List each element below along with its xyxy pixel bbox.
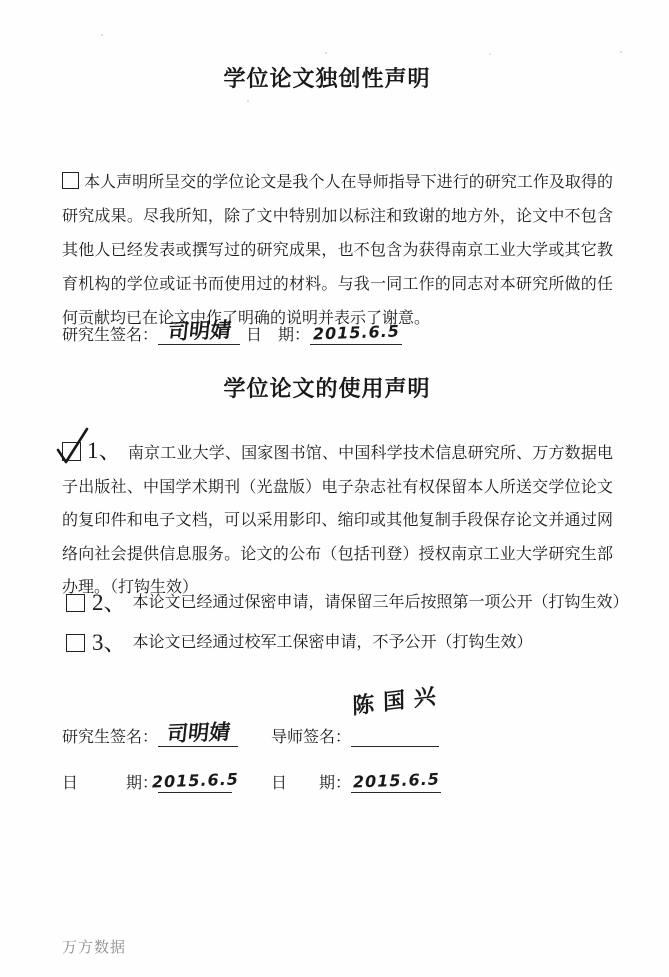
supervisor-signature-label: 导师签名： bbox=[271, 724, 351, 747]
scan-speckle bbox=[325, 52, 327, 54]
item-3-number: 3、 bbox=[92, 633, 127, 653]
usage-item-3: 3、 本论文已经通过校军工保密申请，不予公开（打钩生效） bbox=[66, 633, 646, 653]
student-signature-line: 司明婧 bbox=[158, 716, 238, 747]
option-3-checkbox[interactable] bbox=[66, 634, 85, 652]
wanfang-data-watermark: 万方数据 bbox=[62, 936, 126, 957]
declaration-paragraph: 本人声明所呈交的学位论文是我个人在导师指导下进行的研究工作及取得的研究成果。尽我… bbox=[62, 166, 613, 336]
declaration-title: 学位论文独创性声明 bbox=[0, 62, 654, 93]
supervisor-date-handwriting: 2015.6.5 bbox=[352, 771, 440, 793]
supervisor-date-line: 2015.6.5 bbox=[351, 762, 441, 793]
option-1-checkbox[interactable] bbox=[62, 442, 81, 461]
declaration-signature-row: 研究生签名： 司明婧 日 期： 2015.6.5 bbox=[62, 314, 402, 345]
scan-speckle bbox=[489, 53, 491, 55]
date-label: 日 期： bbox=[246, 322, 310, 345]
student-signature-label: 研究生签名： bbox=[62, 322, 158, 345]
scan-speckle bbox=[620, 51, 622, 53]
usage-title: 学位论文的使用声明 bbox=[0, 372, 654, 403]
supervisor-date-label: 日 期： bbox=[271, 770, 351, 793]
student-date-group: 日 期： 2015.6.5 bbox=[62, 762, 232, 793]
signature-names-row: 研究生签名： 司明婧 导师签名： bbox=[62, 716, 622, 747]
item-2-number: 2、 bbox=[92, 593, 127, 613]
item-1-number: 1、 bbox=[87, 438, 122, 463]
date-line: 2015.6.5 bbox=[310, 314, 402, 345]
student-date-label: 日 期： bbox=[62, 770, 158, 793]
declaration-body-text: 本人声明所呈交的学位论文是我个人在导师指导下进行的研究工作及取得的研究成果。尽我… bbox=[62, 174, 613, 327]
option-2-checkbox[interactable] bbox=[66, 594, 85, 612]
student-signature-group: 研究生签名： 司明婧 bbox=[62, 716, 238, 747]
item-2-text: 本论文已经通过保密申请，请保留三年后按照第一项公开（打钩生效） bbox=[133, 593, 629, 613]
date-handwriting: 2015.6.5 bbox=[312, 323, 400, 345]
scan-speckle bbox=[247, 100, 249, 102]
student-signature-label: 研究生签名： bbox=[62, 724, 158, 747]
student-signature-handwriting: 司明婧 bbox=[165, 722, 231, 747]
supervisor-signature-line bbox=[351, 716, 439, 747]
usage-item-1: 1、南京工业大学、国家图书馆、中国科学技术信息研究所、万方数据电子出版社、中国学… bbox=[62, 434, 613, 605]
student-signature-handwriting: 司明婧 bbox=[166, 320, 232, 345]
usage-item-2: 2、 本论文已经通过保密申请，请保留三年后按照第一项公开（打钩生效） bbox=[66, 593, 646, 613]
signature-dates-row: 日 期： 2015.6.5 日 期： 2015.6.5 bbox=[62, 762, 622, 793]
student-date-handwriting: 2015.6.5 bbox=[151, 771, 239, 793]
student-date-line: 2015.6.5 bbox=[158, 762, 232, 793]
supervisor-date-group: 日 期： 2015.6.5 bbox=[271, 762, 441, 793]
scan-speckle bbox=[101, 34, 103, 36]
scanned-thesis-declaration-page: 学位论文独创性声明 本人声明所呈交的学位论文是我个人在导师指导下进行的研究工作及… bbox=[0, 0, 669, 977]
item-3-text: 本论文已经通过校军工保密申请，不予公开（打钩生效） bbox=[133, 633, 533, 653]
item-1-text: 南京工业大学、国家图书馆、中国科学技术信息研究所、万方数据电子出版社、中国学术期… bbox=[62, 445, 613, 596]
supervisor-signature-group: 导师签名： bbox=[271, 716, 439, 747]
declaration-checkbox[interactable] bbox=[62, 172, 79, 189]
student-signature-line: 司明婧 bbox=[158, 314, 240, 345]
supervisor-signature-handwriting: 陈国兴 bbox=[352, 678, 445, 721]
handwritten-checkmark-icon bbox=[54, 426, 91, 467]
